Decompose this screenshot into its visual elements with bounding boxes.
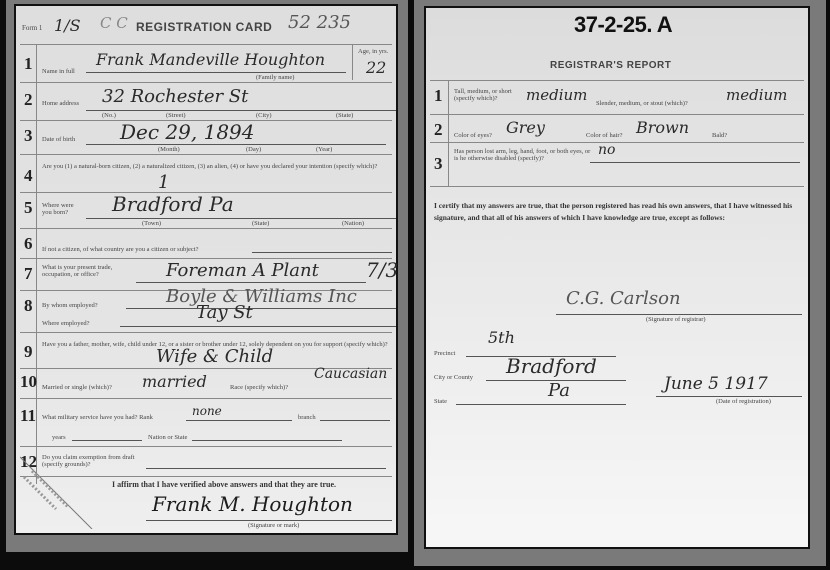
- birthplace-sub-nation: (Nation): [342, 220, 364, 227]
- marital-status: married: [142, 372, 207, 391]
- date-label: (Date of registration): [716, 398, 771, 405]
- address-sub-state: (State): [336, 112, 353, 119]
- dob-sub-year: (Year): [316, 146, 332, 153]
- city-label: City or County: [434, 374, 473, 381]
- eye-color: Grey: [506, 118, 545, 137]
- report-field-2-number: 2: [434, 120, 443, 140]
- field-8-number: 8: [24, 296, 33, 316]
- field-11-label2: branch: [298, 414, 316, 421]
- dob-sub-month: (Month): [158, 146, 180, 153]
- build-value: medium: [726, 86, 787, 104]
- age-label: Age, in yrs.: [358, 48, 388, 55]
- field-4-number: 4: [24, 166, 33, 186]
- birthplace: Bradford Pa: [112, 192, 234, 216]
- report-stamp: 37-2-25. A: [574, 12, 672, 38]
- birthplace-sub-state: (State): [252, 220, 269, 227]
- full-name: Frank Mandeville Houghton: [96, 50, 325, 69]
- field-7-label: What is your present trade, occupation, …: [42, 264, 132, 278]
- report-field-2-label2: Color of hair?: [586, 132, 622, 139]
- card-title: REGISTRATION CARD: [136, 20, 272, 34]
- field-8-label: By whom employed?: [42, 302, 98, 309]
- field-9-number: 9: [24, 342, 33, 362]
- military-rank: none: [192, 404, 222, 418]
- registrant-signature: Frank M. Houghton: [152, 492, 353, 516]
- report-field-2-label3: Bald?: [712, 132, 727, 139]
- field-11-number: 11: [20, 406, 36, 426]
- registration-card: Form 1 1/S C C REGISTRATION CARD 52 235 …: [14, 4, 398, 535]
- address-sub-street: (Street): [166, 112, 186, 119]
- field-2-number: 2: [24, 90, 33, 110]
- registrar-signature-label: (Signature of registrar): [646, 316, 706, 323]
- field-5-label: Where were you born?: [42, 202, 82, 216]
- report-field-1-label2: Slender, medium, or stout (which)?: [596, 100, 688, 107]
- precinct-label: Precinct: [434, 350, 455, 357]
- field-8-label2: Where employed?: [42, 320, 89, 327]
- report-field-1-number: 1: [434, 86, 443, 106]
- field-7-number: 7: [24, 264, 33, 284]
- occupation-extra: 7/3: [366, 258, 398, 282]
- affirmation-text: I affirm that I have verified above answ…: [112, 480, 336, 489]
- height-value: medium: [526, 86, 587, 104]
- city-value: Bradford: [506, 354, 597, 378]
- corner-cutout-graphic: [20, 449, 110, 529]
- age-value: 22: [366, 58, 386, 77]
- form-label: Form 1: [22, 24, 42, 32]
- field-10-label2: Race (specify which)?: [230, 384, 288, 391]
- field-1-label: Name in full: [42, 68, 75, 75]
- race: Caucasian: [314, 366, 387, 382]
- serial-number: 1/S: [54, 16, 81, 35]
- disability-value: no: [598, 142, 615, 158]
- hair-color: Brown: [636, 118, 689, 137]
- field-5-number: 5: [24, 198, 33, 218]
- field-2-label: Home address: [42, 100, 79, 107]
- date-of-birth: Dec 29, 1894: [120, 120, 255, 144]
- signature-label: (Signature or mark): [248, 522, 299, 529]
- field-4-label: Are you (1) a natural-born citizen, (2) …: [42, 158, 392, 176]
- place-of-employment: Tay St: [196, 302, 253, 323]
- field-11-label4: Nation or State: [148, 434, 187, 441]
- report-title: REGISTRAR'S REPORT: [550, 60, 671, 71]
- precinct-value: 5th: [488, 328, 515, 347]
- employer: Boyle & Williams Inc: [166, 286, 357, 307]
- registrar-signature: C.G. Carlson: [566, 288, 681, 309]
- occupation: Foreman A Plant: [166, 260, 319, 281]
- report-field-1-label: Tall, medium, or short (specify which)?: [454, 88, 524, 102]
- field-1-number: 1: [24, 54, 33, 74]
- field-11-label: What military service have you had? Rank: [42, 414, 153, 421]
- dob-sub-day: (Day): [246, 146, 261, 153]
- address-sub-city: (City): [256, 112, 272, 119]
- field-10-label: Married or single (which)?: [42, 384, 112, 391]
- field-10-number: 10: [20, 372, 37, 392]
- field-3-number: 3: [24, 126, 33, 146]
- state-value: Pa: [548, 380, 570, 401]
- field-6-label: If not a citizen, of what country are yo…: [42, 246, 198, 253]
- registrars-report-card: 37-2-25. A REGISTRAR'S REPORT 1 Tall, me…: [424, 6, 810, 549]
- serial-extra: C C: [100, 14, 128, 32]
- dependents: Wife & Child: [156, 346, 273, 367]
- report-field-2-label: Color of eyes?: [454, 132, 492, 139]
- field-1-sub: (Family name): [256, 74, 294, 81]
- registration-date: June 5 1917: [664, 374, 768, 394]
- state-label: State: [434, 398, 447, 405]
- report-field-3-label: Has person lost arm, leg, hand, foot, or…: [454, 148, 594, 162]
- field-11-label3: years: [52, 434, 66, 441]
- birthplace-sub-town: (Town): [142, 220, 161, 227]
- citizenship-value: 1: [158, 172, 169, 193]
- field-6-number: 6: [24, 234, 33, 254]
- certification-text: I certify that my answers are true, that…: [434, 200, 800, 224]
- address-sub-no: (No.): [102, 112, 116, 119]
- home-address: 32 Rochester St: [102, 86, 248, 107]
- report-field-3-number: 3: [434, 154, 443, 174]
- card-number: 52 235: [288, 12, 351, 33]
- field-3-label: Date of birth: [42, 136, 75, 143]
